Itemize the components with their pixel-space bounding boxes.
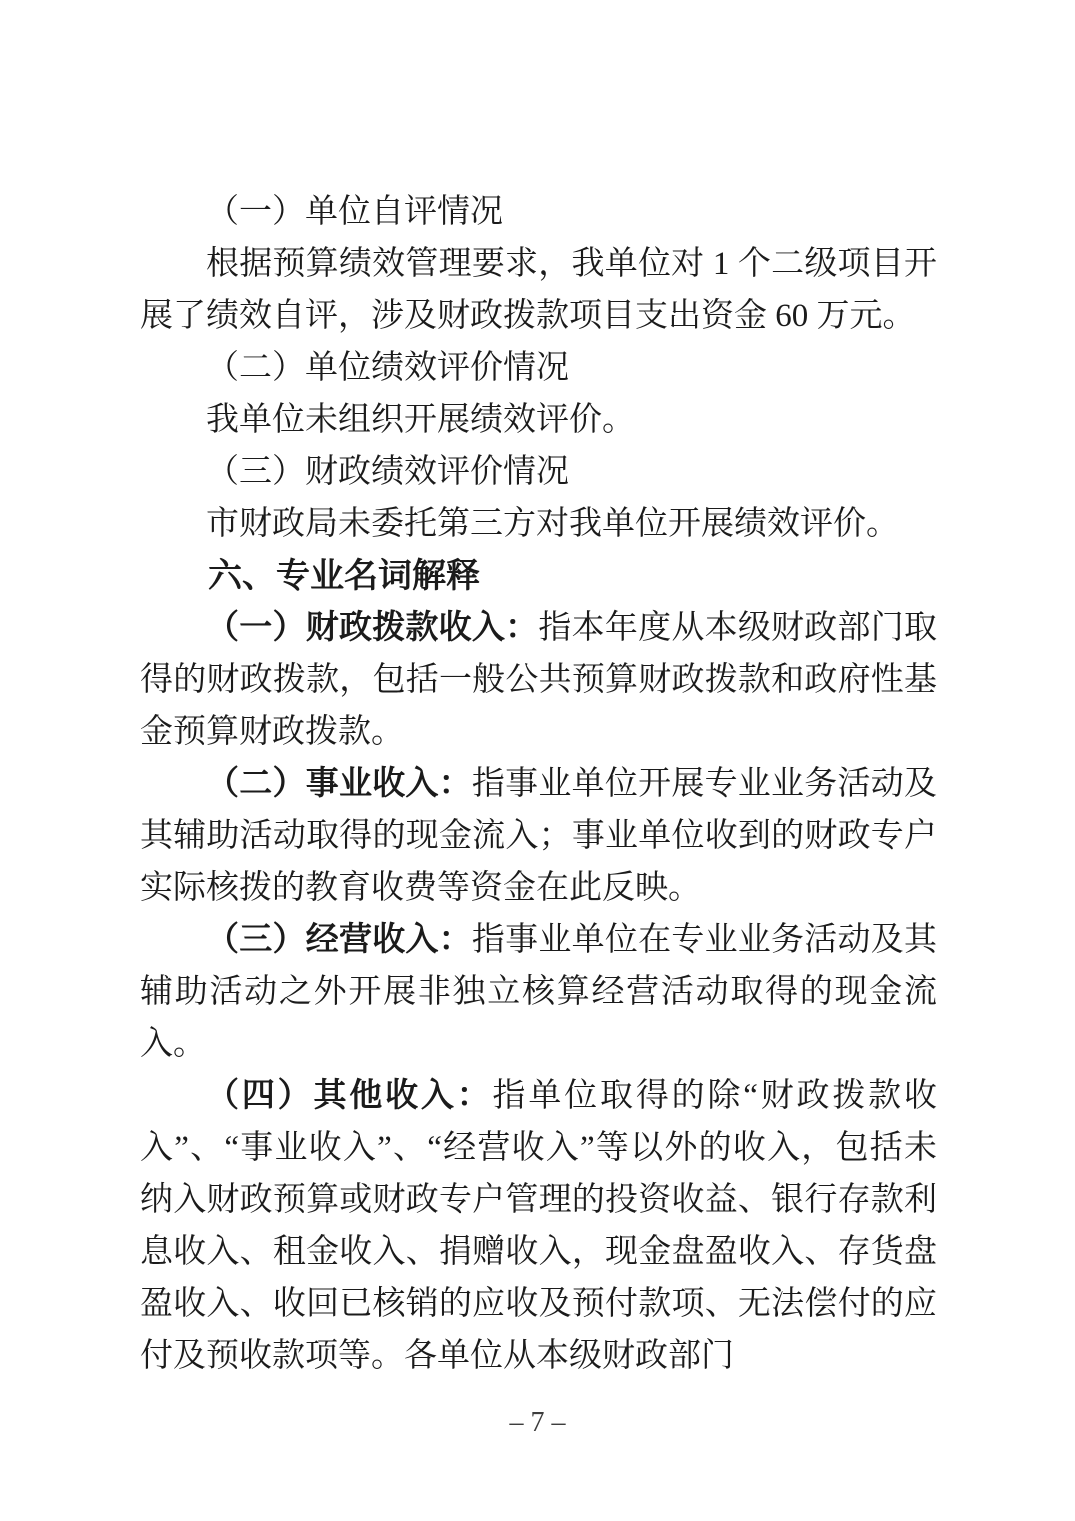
- section-heading: 六、专业名词解释: [140, 550, 937, 602]
- paragraph: 市财政局未委托第三方对我单位开展绩效评价。: [140, 498, 937, 550]
- term-definition: 指单位取得的除“财政拨款收入”、“事业收入”、“经营收入”等以外的收入，包括未纳…: [140, 1078, 937, 1374]
- term-label: （四）其他收入：: [206, 1078, 493, 1114]
- term-label: （一）财政拨款收入：: [206, 610, 538, 646]
- document-page: （一）单位自评情况根据预算绩效管理要求，我单位对 1 个二级项目开展了绩效自评，…: [0, 0, 1075, 1521]
- term-paragraph: （一）财政拨款收入：指本年度从本级财政部门取得的财政拨款，包括一般公共预算财政拨…: [140, 602, 937, 758]
- section-heading: （二）单位绩效评价情况: [140, 342, 937, 394]
- page-number: – 7 –: [510, 1407, 566, 1438]
- section-heading: （一）单位自评情况: [140, 186, 937, 238]
- term-label: （三）经营收入：: [206, 922, 472, 958]
- paragraph: 根据预算绩效管理要求，我单位对 1 个二级项目开展了绩效自评，涉及财政拨款项目支…: [140, 238, 937, 342]
- document-body: （一）单位自评情况根据预算绩效管理要求，我单位对 1 个二级项目开展了绩效自评，…: [140, 186, 937, 1382]
- term-paragraph: （四）其他收入：指单位取得的除“财政拨款收入”、“事业收入”、“经营收入”等以外…: [140, 1070, 937, 1382]
- paragraph: 我单位未组织开展绩效评价。: [140, 394, 937, 446]
- section-heading: （三）财政绩效评价情况: [140, 446, 937, 498]
- term-paragraph: （二）事业收入：指事业单位开展专业业务活动及其辅助活动取得的现金流入；事业单位收…: [140, 758, 937, 914]
- page-footer: – 7 –: [0, 1405, 1075, 1441]
- term-label: （二）事业收入：: [206, 766, 472, 802]
- term-paragraph: （三）经营收入：指事业单位在专业业务活动及其辅助活动之外开展非独立核算经营活动取…: [140, 914, 937, 1070]
